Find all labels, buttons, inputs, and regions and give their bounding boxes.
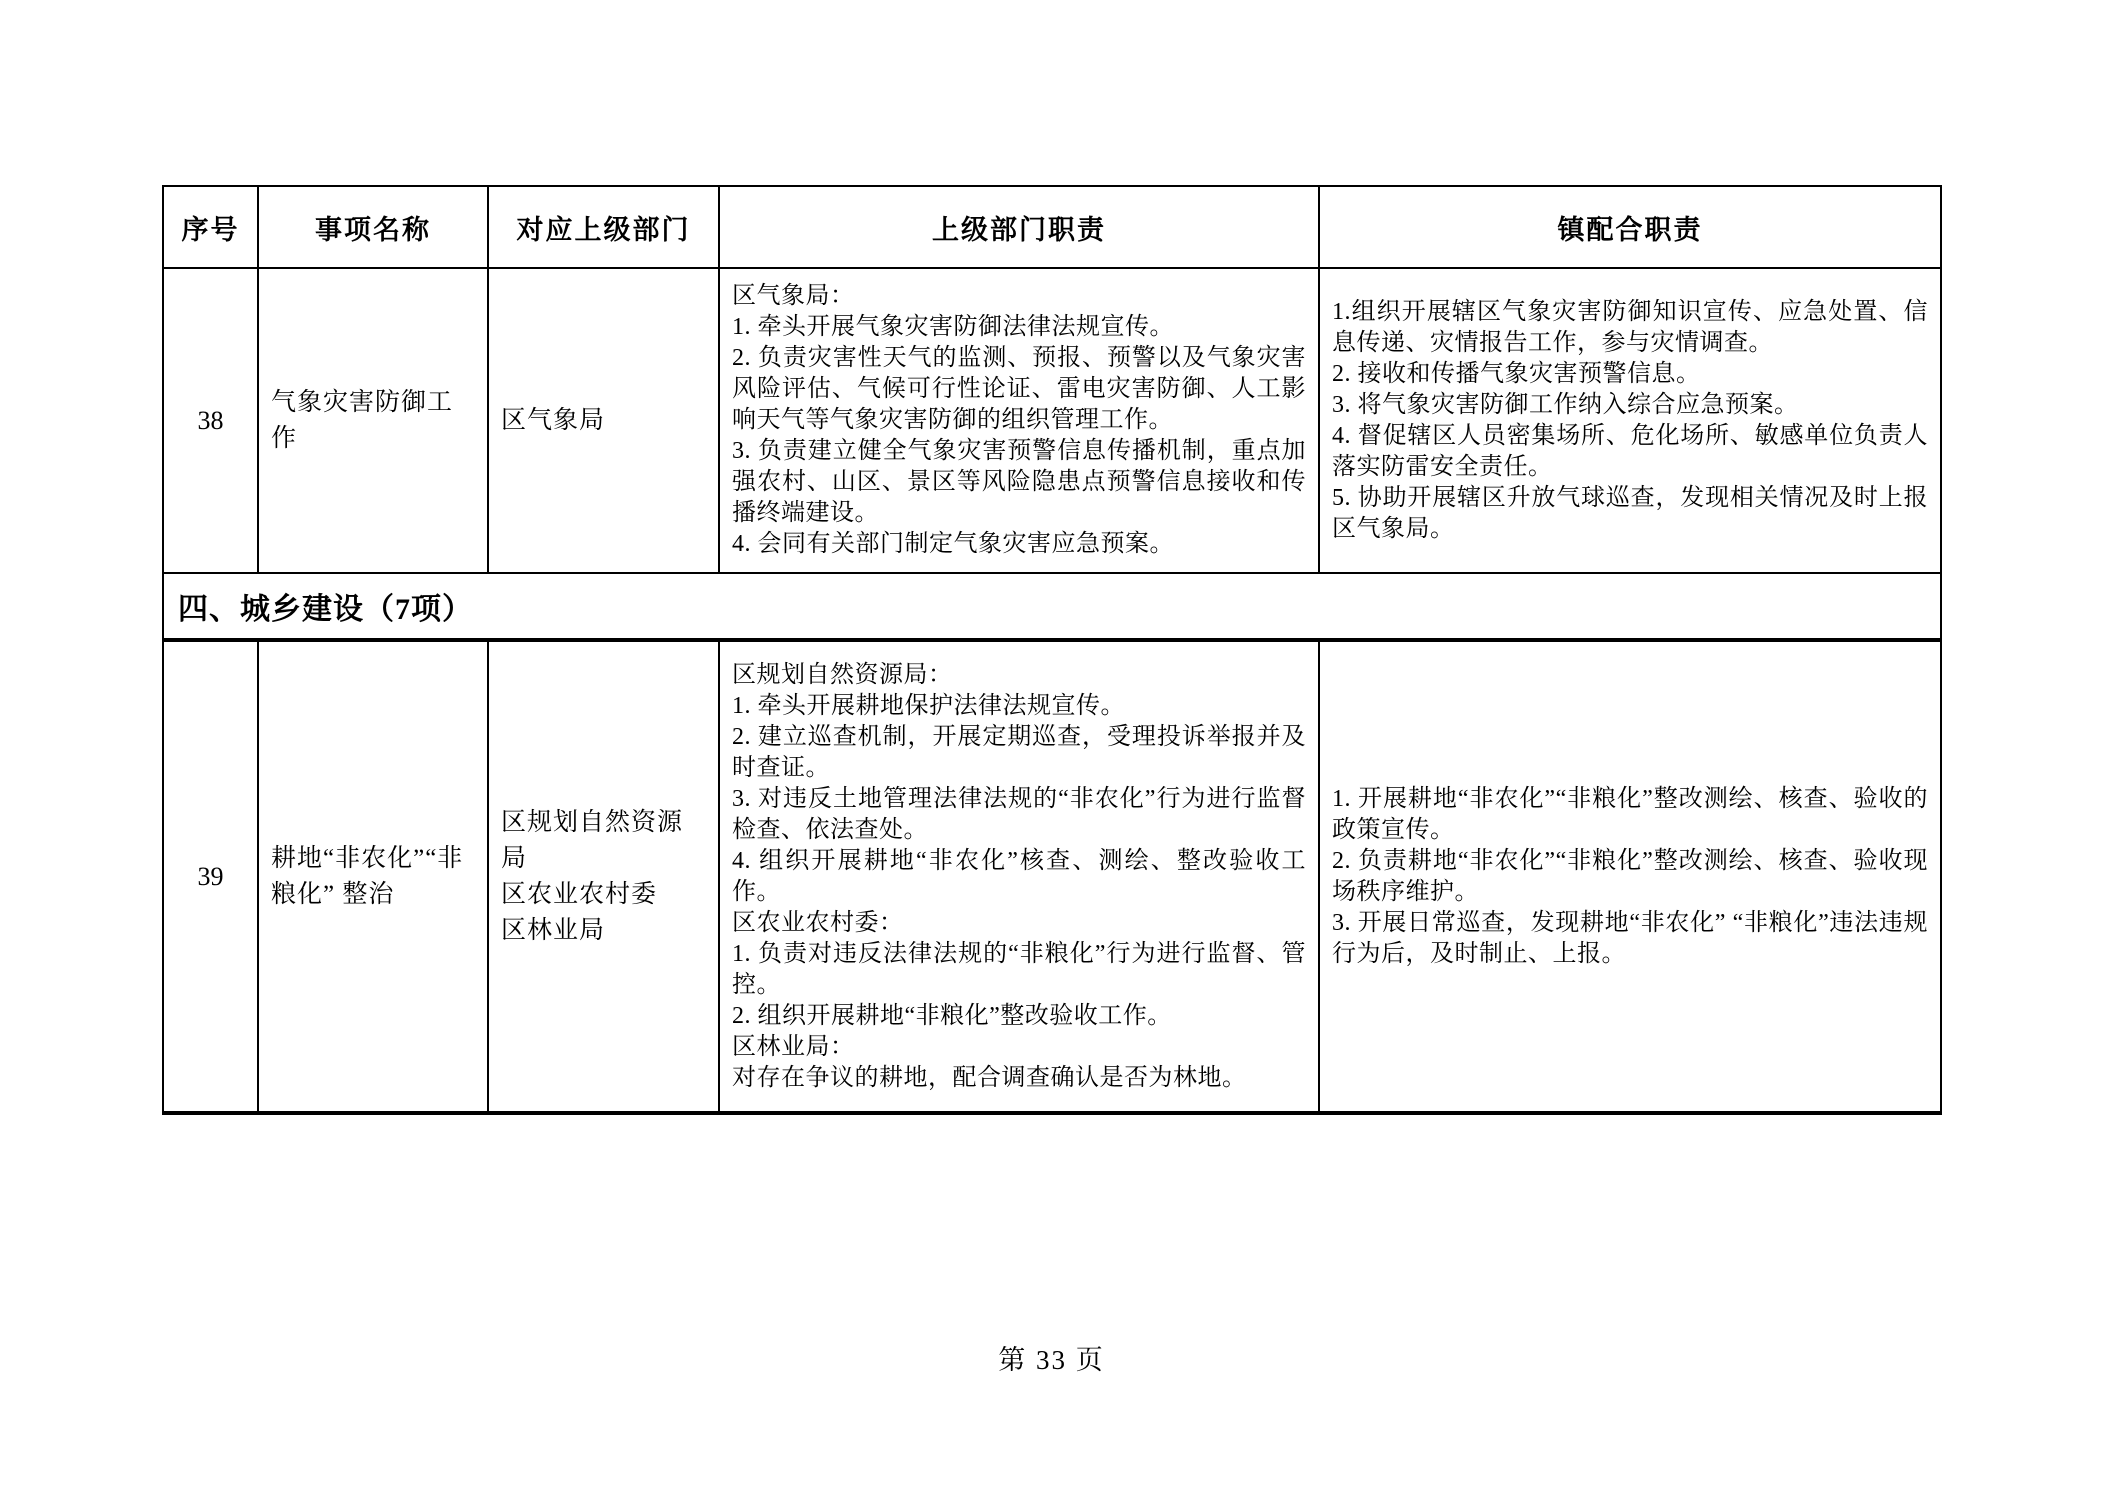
- duty-line: 1. 牵头开展耕地保护法律法规宣传。: [732, 691, 1306, 722]
- page-number: 第 33 页: [0, 1338, 2103, 1377]
- duty-line: 3. 对违反土地管理法律法规的“非农化”行为进行监督检查、依法查处。: [732, 784, 1306, 846]
- row38-town-duties: 1.组织开展辖区气象灾害防御知识宣传、应急处置、信息传递、灾情报告工作，参与灾情…: [1319, 268, 1941, 573]
- duty-line: 4. 组织开展耕地“非农化”核查、测绘、整改验收工作。: [732, 846, 1306, 908]
- duty-line: 2. 接收和传播气象灾害预警信息。: [1332, 359, 1928, 390]
- duty-line: 4. 会同有关部门制定气象灾害应急预案。: [732, 529, 1306, 560]
- duty-line: 2. 组织开展耕地“非粮化”整改验收工作。: [732, 1001, 1306, 1032]
- duty-line: 区农业农村委：: [732, 908, 1306, 939]
- row39-item-name: 耕地“非农化”“非粮化” 整治: [258, 640, 488, 1113]
- row38-serial-number: 38: [163, 268, 258, 573]
- department-line: 区农业农村委: [501, 877, 706, 913]
- document-page: { "colors": { "page_background": "#fffff…: [0, 0, 2103, 1486]
- duty-line: 1. 开展耕地“非农化”“非粮化”整改测绘、核查、验收的政策宣传。: [1332, 784, 1928, 846]
- row38-superior-duties: 区气象局： 1. 牵头开展气象灾害防御法律法规宣传。 2. 负责灾害性天气的监测…: [719, 268, 1319, 573]
- duty-line: 区规划自然资源局：: [732, 660, 1306, 691]
- department-line: 区林业局: [501, 913, 706, 949]
- row39-superior-department: 区规划自然资源局 区农业农村委 区林业局: [488, 640, 719, 1113]
- row38-superior-department: 区气象局: [488, 268, 719, 573]
- table-row-38: 38 气象灾害防御工作 区气象局 区气象局： 1. 牵头开展气象灾害防御法律法规…: [163, 268, 1941, 573]
- duty-line: 1. 负责对违反法律法规的“非粮化”行为进行监督、管控。: [732, 939, 1306, 1001]
- header-cell-superior-department: 对应上级部门: [488, 186, 719, 268]
- table-row-39: 39 耕地“非农化”“非粮化” 整治 区规划自然资源局 区农业农村委 区林业局 …: [163, 640, 1941, 1113]
- duty-line: 3. 负责建立健全气象灾害预警信息传播机制，重点加强农村、山区、景区等风险隐患点…: [732, 436, 1306, 529]
- header-cell-superior-duties: 上级部门职责: [719, 186, 1319, 268]
- duty-line: 区林业局：: [732, 1032, 1306, 1063]
- duty-line: 对存在争议的耕地，配合调查确认是否为林地。: [732, 1063, 1306, 1094]
- row39-town-duties: 1. 开展耕地“非农化”“非粮化”整改测绘、核查、验收的政策宣传。 2. 负责耕…: [1319, 640, 1941, 1113]
- duty-line: 4. 督促辖区人员密集场所、危化场所、敏感单位负责人落实防雷安全责任。: [1332, 421, 1928, 483]
- header-cell-serial: 序号: [163, 186, 258, 268]
- duties-table: 序号 事项名称 对应上级部门 上级部门职责 镇配合职责 38 气象灾害防御工作 …: [162, 185, 1942, 1115]
- duty-line: 1.组织开展辖区气象灾害防御知识宣传、应急处置、信息传递、灾情报告工作，参与灾情…: [1332, 297, 1928, 359]
- duty-line: 1. 牵头开展气象灾害防御法律法规宣传。: [732, 312, 1306, 343]
- header-cell-town-duties: 镇配合职责: [1319, 186, 1941, 268]
- section-title: 四、城乡建设（7项）: [163, 573, 1941, 640]
- duty-line: 3. 将气象灾害防御工作纳入综合应急预案。: [1332, 390, 1928, 421]
- duty-line: 3. 开展日常巡查，发现耕地“非农化” “非粮化”违法违规行为后，及时制止、上报…: [1332, 908, 1928, 970]
- duty-line: 区气象局：: [732, 281, 1306, 312]
- duty-line: 2. 负责耕地“非农化”“非粮化”整改测绘、核查、验收现场秩序维护。: [1332, 846, 1928, 908]
- duty-line: 2. 负责灾害性天气的监测、预报、预警以及气象灾害风险评估、气候可行性论证、雷电…: [732, 343, 1306, 436]
- table-header-row: 序号 事项名称 对应上级部门 上级部门职责 镇配合职责: [163, 186, 1941, 268]
- header-cell-item-name: 事项名称: [258, 186, 488, 268]
- duty-line: 2. 建立巡查机制，开展定期巡查，受理投诉举报并及时查证。: [732, 722, 1306, 784]
- row39-superior-duties: 区规划自然资源局： 1. 牵头开展耕地保护法律法规宣传。 2. 建立巡查机制，开…: [719, 640, 1319, 1113]
- row39-serial-number: 39: [163, 640, 258, 1113]
- duty-line: 5. 协助开展辖区升放气球巡查，发现相关情况及时上报区气象局。: [1332, 483, 1928, 545]
- section-row-urban-rural-construction: 四、城乡建设（7项）: [163, 573, 1941, 640]
- row38-item-name: 气象灾害防御工作: [258, 268, 488, 573]
- department-line: 区规划自然资源局: [501, 805, 706, 877]
